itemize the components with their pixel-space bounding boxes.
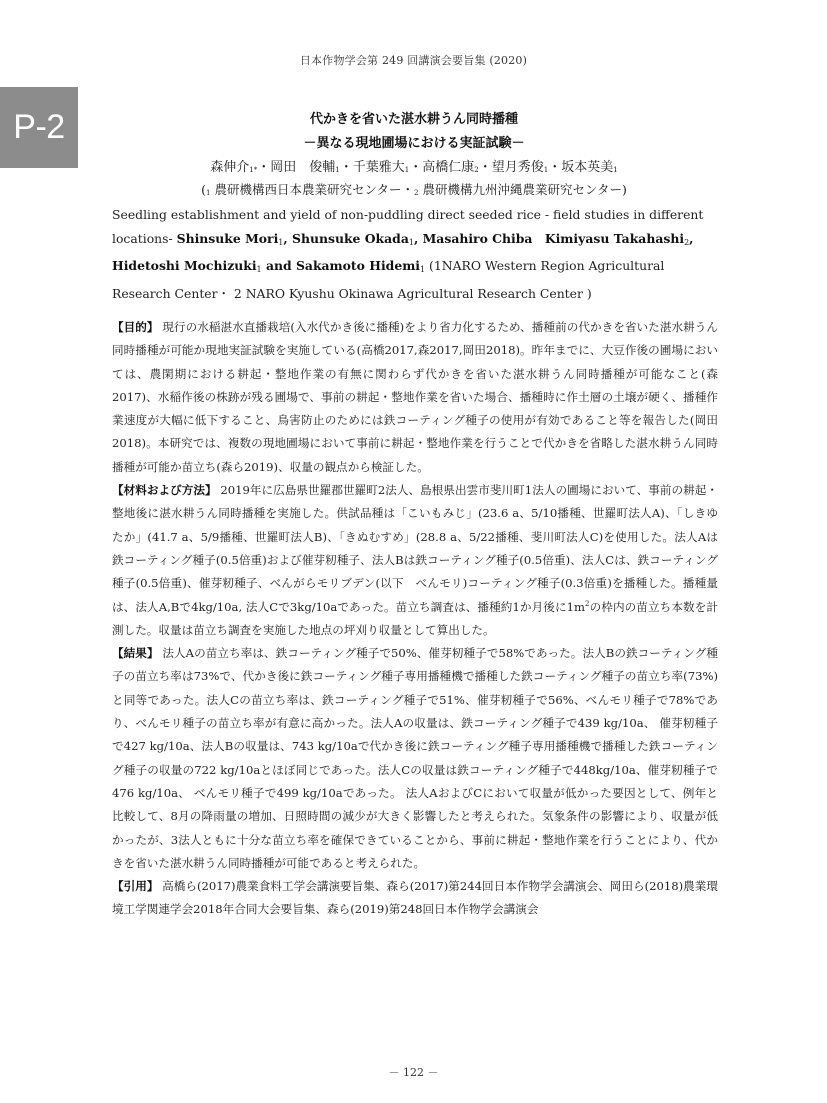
author-list: 森伸介1*・岡田 俊輔1・千葉雅大1・高橋仁康2・望月秀俊1・坂本英美1 bbox=[110, 156, 718, 175]
section-heading: 【結果】 bbox=[112, 646, 159, 660]
affiliation-separator: ・ bbox=[401, 182, 414, 197]
affiliation-1: 農研機構西日本農業研究センター bbox=[211, 182, 402, 197]
english-author-separator: and bbox=[262, 258, 296, 273]
english-author: Kimiyasu Takahashi bbox=[545, 231, 684, 246]
affiliations: (1 農研機構西日本農業研究センター・2 農研機構九州沖縄農業研究センター) bbox=[110, 180, 718, 198]
section-text: 現行の水稲湛水直播栽培(入水代かき後に播種)をより省力化するため、播種前の代かき… bbox=[112, 320, 718, 474]
english-abstract-header: Seedling establishment and yield of non-… bbox=[112, 203, 718, 305]
author-name: 高橋仁康 bbox=[422, 160, 474, 175]
section-heading: 【目的】 bbox=[112, 320, 159, 334]
section-references: 【引用】 高橋ら(2017)農業食料工学会講演要旨集、森ら(2017)第244回… bbox=[112, 875, 718, 922]
section-text: 2019年に広島県世羅郡世羅町2法人、島根県出雲市斐川町1法人の圃場において、事… bbox=[112, 483, 718, 613]
section-text: 法人Aの苗立ち率は、鉄コーティング種子で50%、催芽籾種子で58%であった。法人… bbox=[112, 646, 718, 870]
affiliation-2: 農研機構九州沖縄農業研究センター bbox=[418, 182, 621, 197]
affiliation-paren: ) bbox=[622, 182, 627, 197]
section-methods: 【材料および方法】 2019年に広島県世羅郡世羅町2法人、島根県出雲市斐川町1法… bbox=[112, 479, 718, 642]
badge-label: P-2 bbox=[13, 108, 64, 147]
paper-title: 代かきを省いた湛水耕うん同時播種 bbox=[110, 108, 718, 127]
english-author-separator: , bbox=[283, 231, 292, 246]
author-name: 坂本英美 bbox=[561, 160, 613, 175]
paper-subtitle: －異なる現地圃場における実証試験－ bbox=[110, 132, 718, 151]
author-separator: ・ bbox=[409, 160, 422, 175]
author-separator: ・ bbox=[340, 160, 353, 175]
author-separator: ・ bbox=[479, 160, 492, 175]
author-name: 森伸介 bbox=[210, 160, 249, 175]
section-results: 【結果】 法人Aの苗立ち率は、鉄コーティング種子で50%、催芽籾種子で58%であ… bbox=[112, 642, 718, 875]
english-author: Masahiro Chiba bbox=[423, 231, 533, 246]
running-header: 日本作物学会第 249 回講演会要旨集 (2020) bbox=[0, 52, 827, 68]
author-separator: ・ bbox=[257, 160, 270, 175]
english-author: Sakamoto Hidemi bbox=[296, 258, 420, 273]
author-name: 千葉雅大 bbox=[353, 160, 405, 175]
section-text: 高橋ら(2017)農業食料工学会講演要旨集、森ら(2017)第244回日本作物学… bbox=[112, 879, 718, 916]
english-author: Hidetoshi Mochizuki bbox=[112, 258, 257, 273]
section-heading: 【引用】 bbox=[112, 879, 158, 893]
english-author: Shunsuke Okada bbox=[292, 231, 409, 246]
author-name: 望月秀俊 bbox=[492, 160, 544, 175]
english-author-separator: , bbox=[414, 231, 423, 246]
english-author-separator: , bbox=[689, 231, 693, 246]
english-author: Shinsuke Mori bbox=[177, 231, 279, 246]
section-purpose: 【目的】 現行の水稲湛水直播栽培(入水代かき後に播種)をより省力化するため、播種… bbox=[112, 316, 718, 479]
page-number: － 122 － bbox=[0, 1064, 827, 1080]
author-separator: ・ bbox=[548, 160, 561, 175]
poster-number-badge: P-2 bbox=[0, 87, 78, 168]
author-name: 岡田 俊輔 bbox=[270, 160, 335, 175]
abstract-body: 【目的】 現行の水稲湛水直播栽培(入水代かき後に播種)をより省力化するため、播種… bbox=[112, 316, 718, 922]
section-heading: 【材料および方法】 bbox=[112, 483, 217, 497]
english-author-separator bbox=[532, 231, 544, 246]
author-mark: 1 bbox=[613, 166, 617, 174]
